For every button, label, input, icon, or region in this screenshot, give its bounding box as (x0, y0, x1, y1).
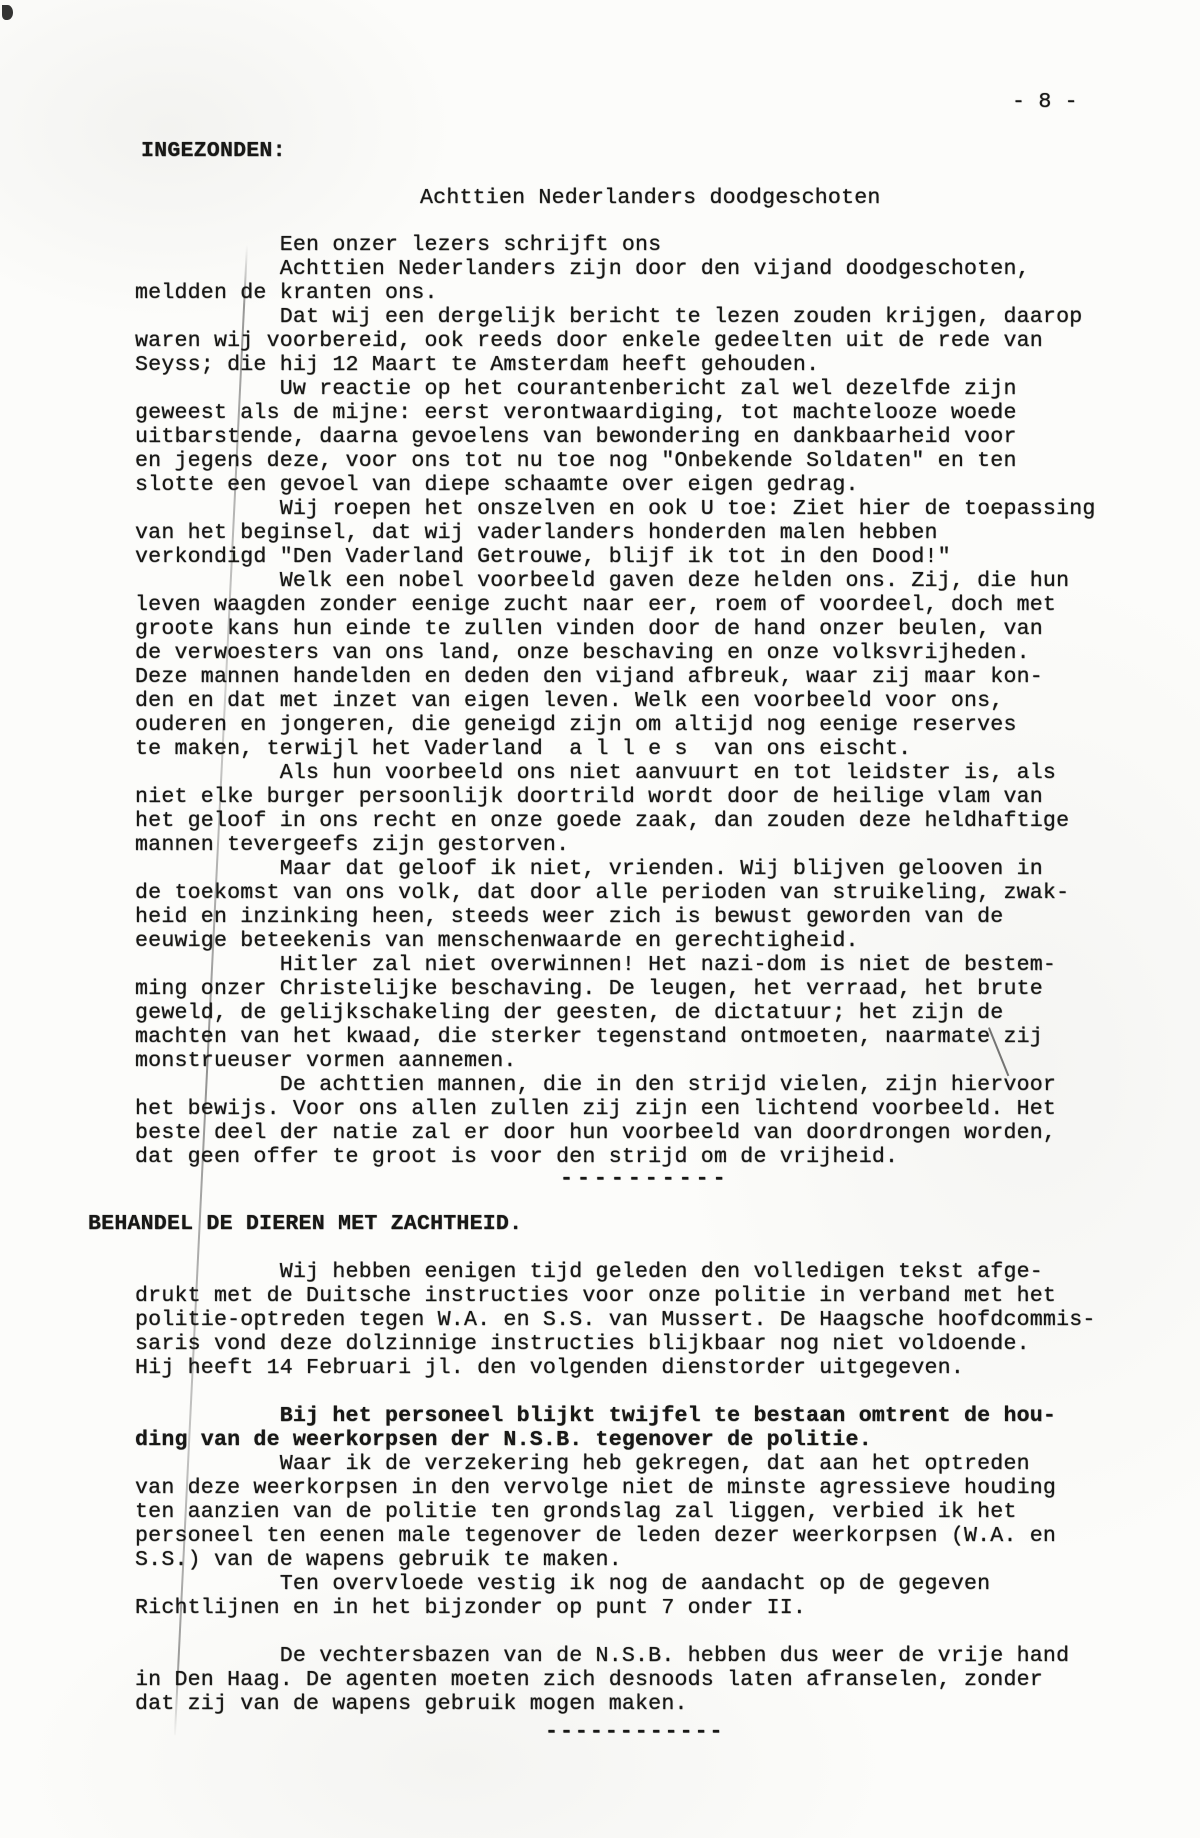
dashed-separator-2: ------------ (545, 1720, 725, 1744)
article2-intro-text: Wij hebben eenigen tijd geleden den voll… (135, 1260, 1096, 1380)
scanned-document-page: - 8 - INGEZONDEN: Achttien Nederlanders … (0, 0, 1200, 1838)
page-number: - 8 - (1012, 90, 1078, 114)
article2-dienstorder-paragraph-2: Waar ik de verzekering heb gekregen, dat… (135, 1452, 1056, 1572)
article2-title: BEHANDEL DE DIEREN MET ZACHTHEID. (88, 1212, 522, 1236)
scan-corner-speck (2, 5, 13, 20)
article1-body-text: Een onzer lezers schrijft ons Achttien N… (135, 233, 1096, 1169)
article2-dienstorder-paragraph-1: Bij het personeel blijkt twijfel te best… (135, 1404, 1056, 1452)
section-rubric-ingezonden: INGEZONDEN: (141, 139, 286, 163)
article2-dienstorder-paragraph-3: Ten overvloede vestig ik nog de aandacht… (135, 1572, 990, 1620)
article2-closing-text: De vechtersbazen van de N.S.B. hebben du… (135, 1644, 1069, 1716)
article1-title: Achttien Nederlanders doodgeschoten (420, 186, 881, 210)
dashed-separator-1: ---------- (560, 1167, 730, 1191)
